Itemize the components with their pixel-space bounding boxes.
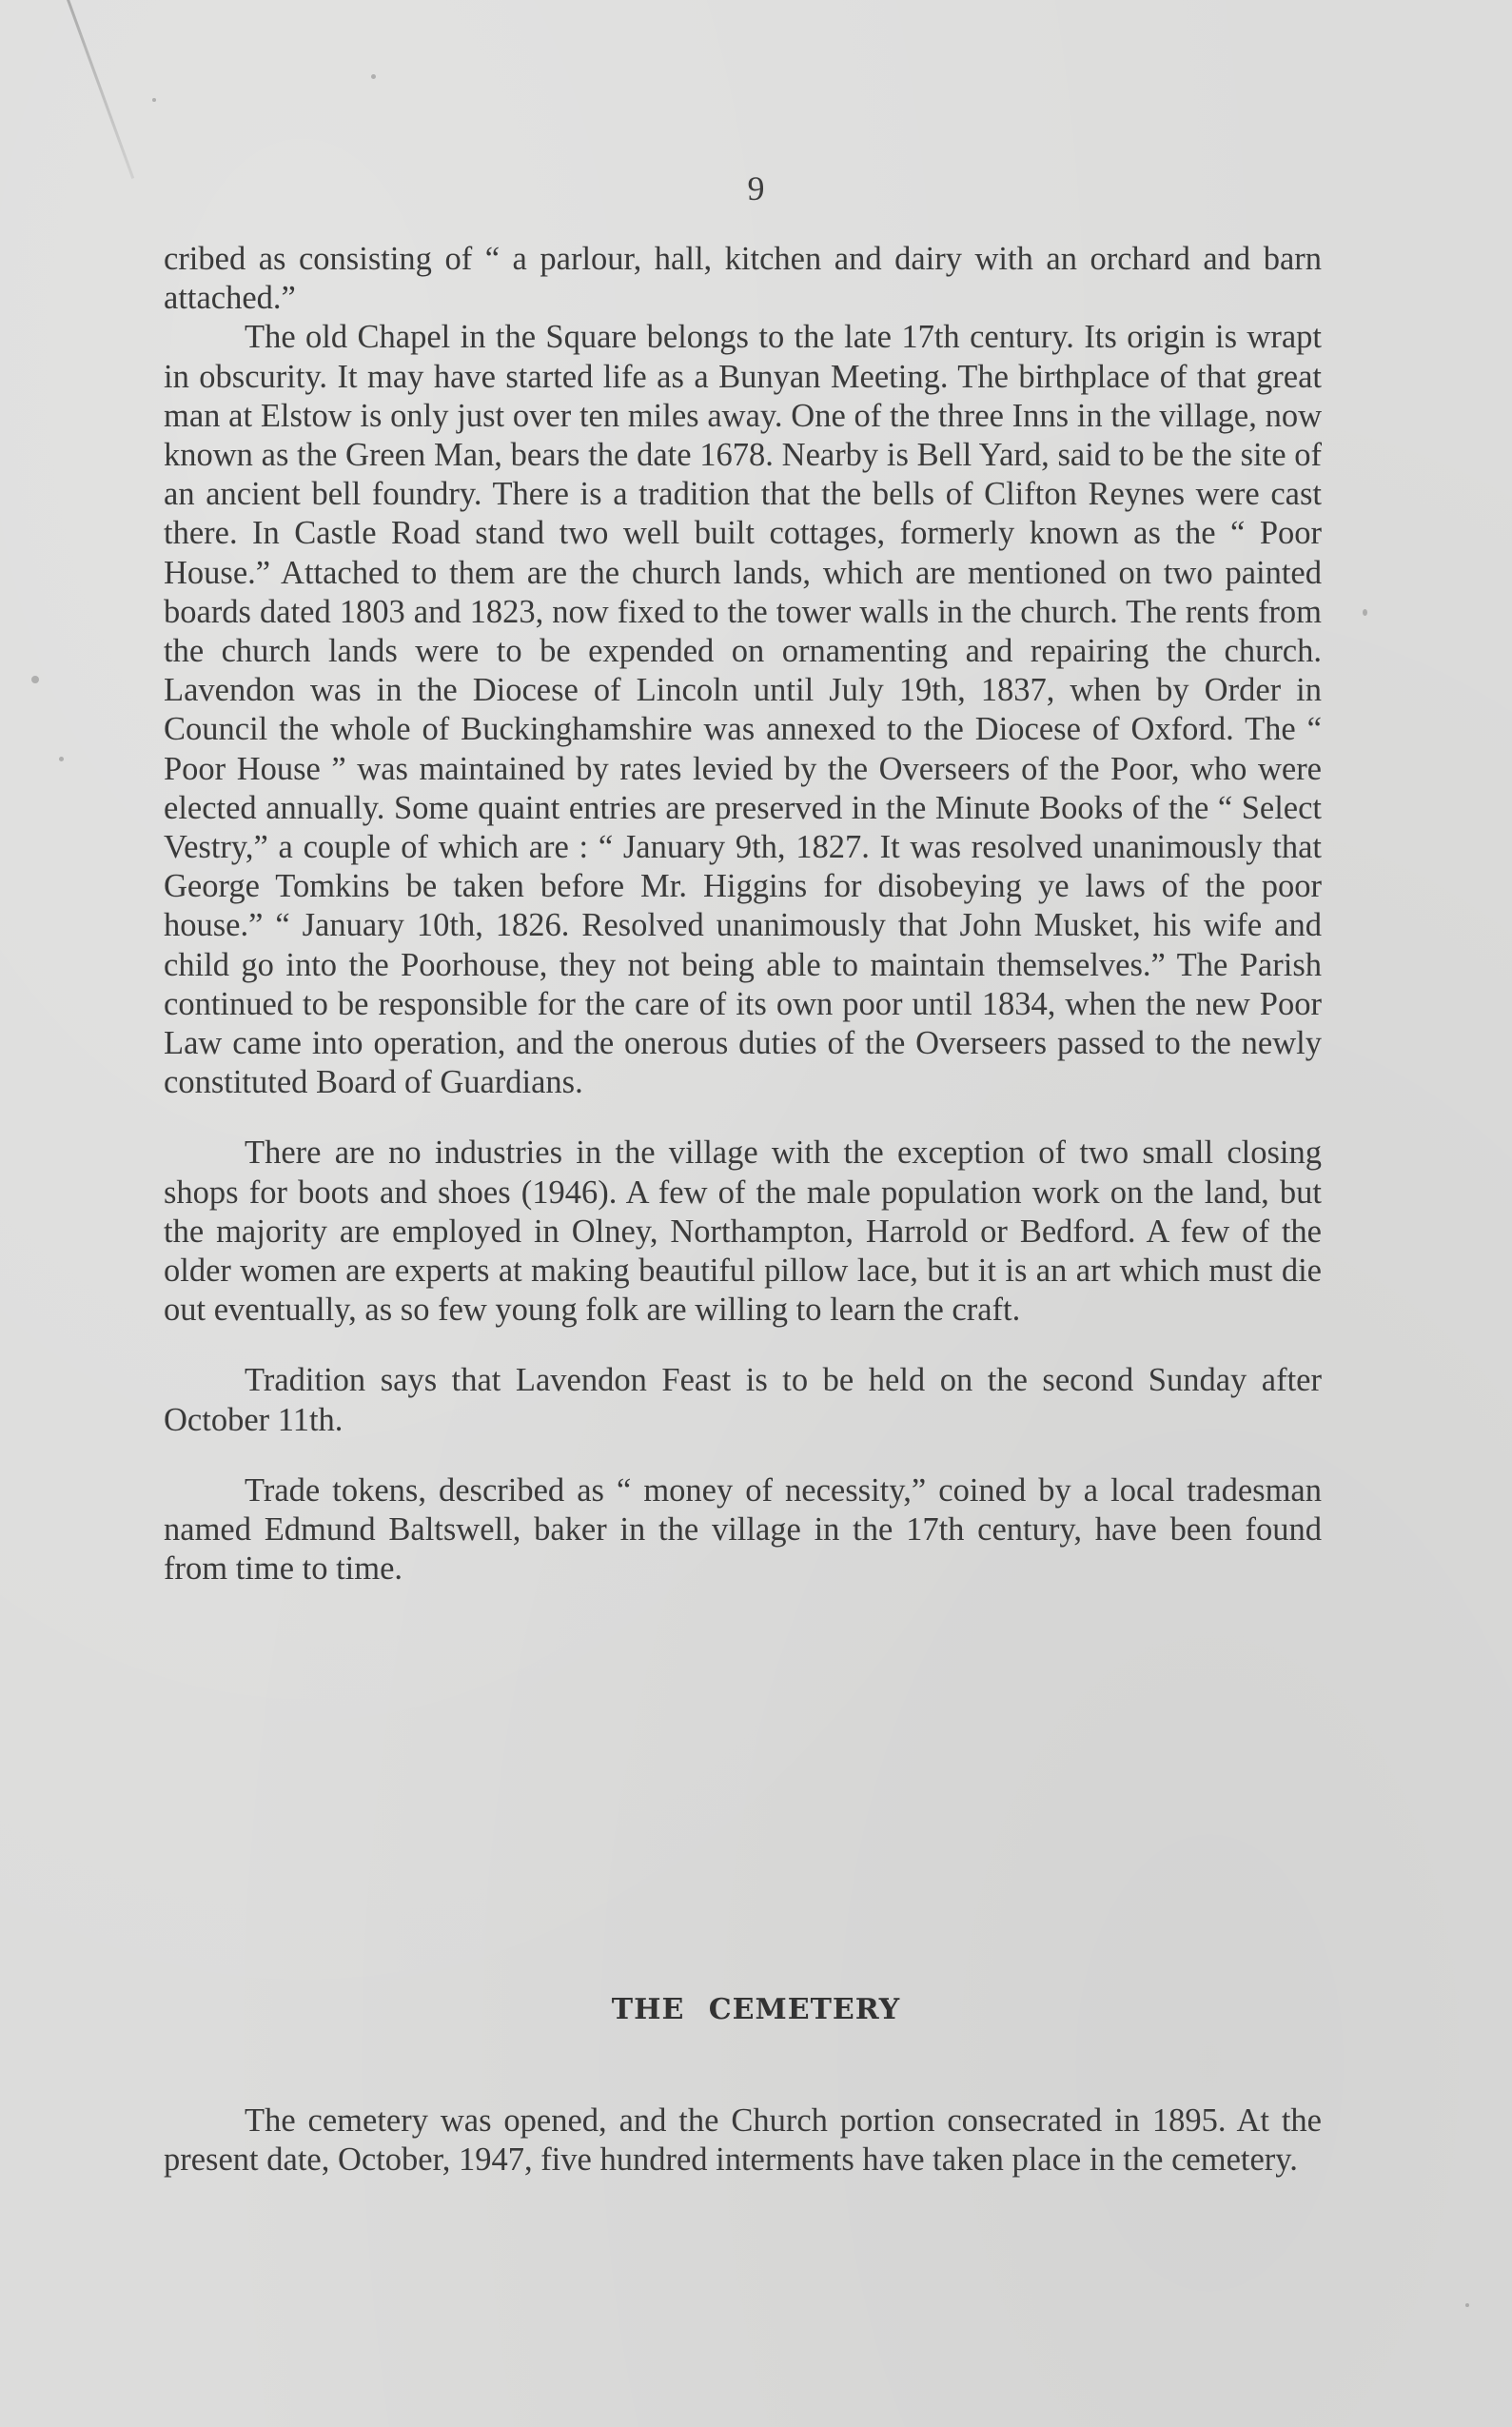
- cemetery-section: The cemetery was opened, and the Church …: [164, 2101, 1322, 2180]
- main-text-section: cribed as consisting of “ a parlour, hal…: [164, 240, 1322, 1589]
- paragraph-trade-tokens: Trade tokens, described as “ money of ne…: [164, 1471, 1322, 1589]
- page-number: 9: [0, 168, 1512, 209]
- paragraph-cemetery: The cemetery was opened, and the Church …: [164, 2101, 1322, 2180]
- paper-speck: [371, 74, 376, 79]
- paragraph-feast-tradition: Tradition says that Lavendon Feast is to…: [164, 1361, 1322, 1439]
- paper-crease: [67, 0, 134, 179]
- paragraph-industries: There are no industries in the village w…: [164, 1134, 1322, 1330]
- paragraph-continuation: cribed as consisting of “ a parlour, hal…: [164, 240, 1322, 318]
- paper-speck: [59, 757, 64, 761]
- section-heading-cemetery: THE CEMETERY: [0, 1993, 1512, 2026]
- paper-speck: [1465, 2303, 1469, 2307]
- paragraph-chapel-history: The old Chapel in the Square belongs to …: [164, 318, 1322, 1102]
- paper-speck: [1363, 609, 1367, 616]
- paper-speck: [31, 676, 39, 683]
- paper-speck: [152, 98, 156, 102]
